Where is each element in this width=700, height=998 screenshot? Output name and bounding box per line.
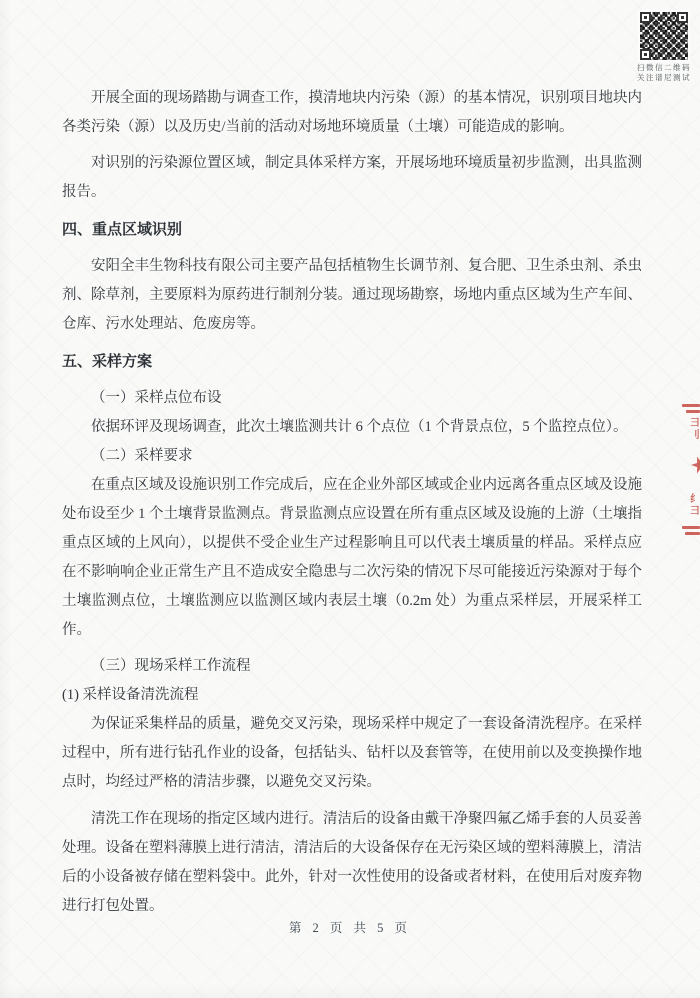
qr-caption-line2: 关注谱尼测试	[633, 73, 695, 83]
paragraph: 安阳全丰生物科技有限公司主要产品包括植物生长调节剂、复合肥、卫生杀虫剂、杀虫剂、…	[62, 252, 642, 339]
document-body: 开展全面的现场踏勘与调查工作，摸清地块内污染（源）的基本情况，识别项目地块内各类…	[62, 84, 642, 928]
paragraph: 开展全面的现场踏勘与调查工作，摸清地块内污染（源）的基本情况，识别项目地块内各类…	[62, 84, 642, 142]
subheading-numbered: (1) 采样设备清洗流程	[62, 681, 642, 710]
qr-panel: 扫微信二维码 关注谱尼测试	[633, 12, 695, 82]
paragraph: 依据环评及现场调查，此次土壤监测共计 6 个点位（1 个背景点位，5 个监控点位…	[62, 413, 642, 442]
qr-code-icon	[640, 12, 688, 60]
subheading: （一）采样点位布设	[62, 384, 642, 413]
qr-finder-icon	[677, 12, 688, 23]
subheading: （二）采样要求	[62, 442, 642, 471]
stamp-edge-icon: 彐 刂 ★ 纟 彐	[678, 398, 700, 548]
section-heading-4: 四、重点区域识别	[62, 216, 642, 245]
paragraph: 在重点区域及设施识别工作完成后，应在企业外部区域或企业内远离各重点区域及设施处布…	[62, 471, 642, 645]
paragraph: 对识别的污染源位置区域，制定具体采样方案，开展场地环境质量初步监测，出具监测报告…	[62, 149, 642, 207]
scanned-report-page: { "document": { "blocks": [ { "type": "p…	[0, 0, 700, 998]
stamp-star-icon: ★	[687, 451, 700, 478]
subheading: （三）现场采样工作流程	[62, 652, 642, 681]
section-heading-5: 五、采样方案	[62, 348, 642, 377]
qr-caption-line1: 扫微信二维码	[633, 63, 695, 73]
qr-finder-icon	[640, 12, 651, 23]
qr-finder-icon	[640, 49, 651, 60]
paragraph: 为保证采集样品的质量，避免交叉污染，现场采样中规定了一套设备清洗程序。在采样过程…	[62, 710, 642, 797]
paragraph: 清洗工作在现场的指定区域内进行。清洁后的设备由戴干净聚四氟乙烯手套的人员妥善处理…	[62, 805, 642, 921]
page-number: 第 2 页 共 5 页	[0, 918, 700, 936]
